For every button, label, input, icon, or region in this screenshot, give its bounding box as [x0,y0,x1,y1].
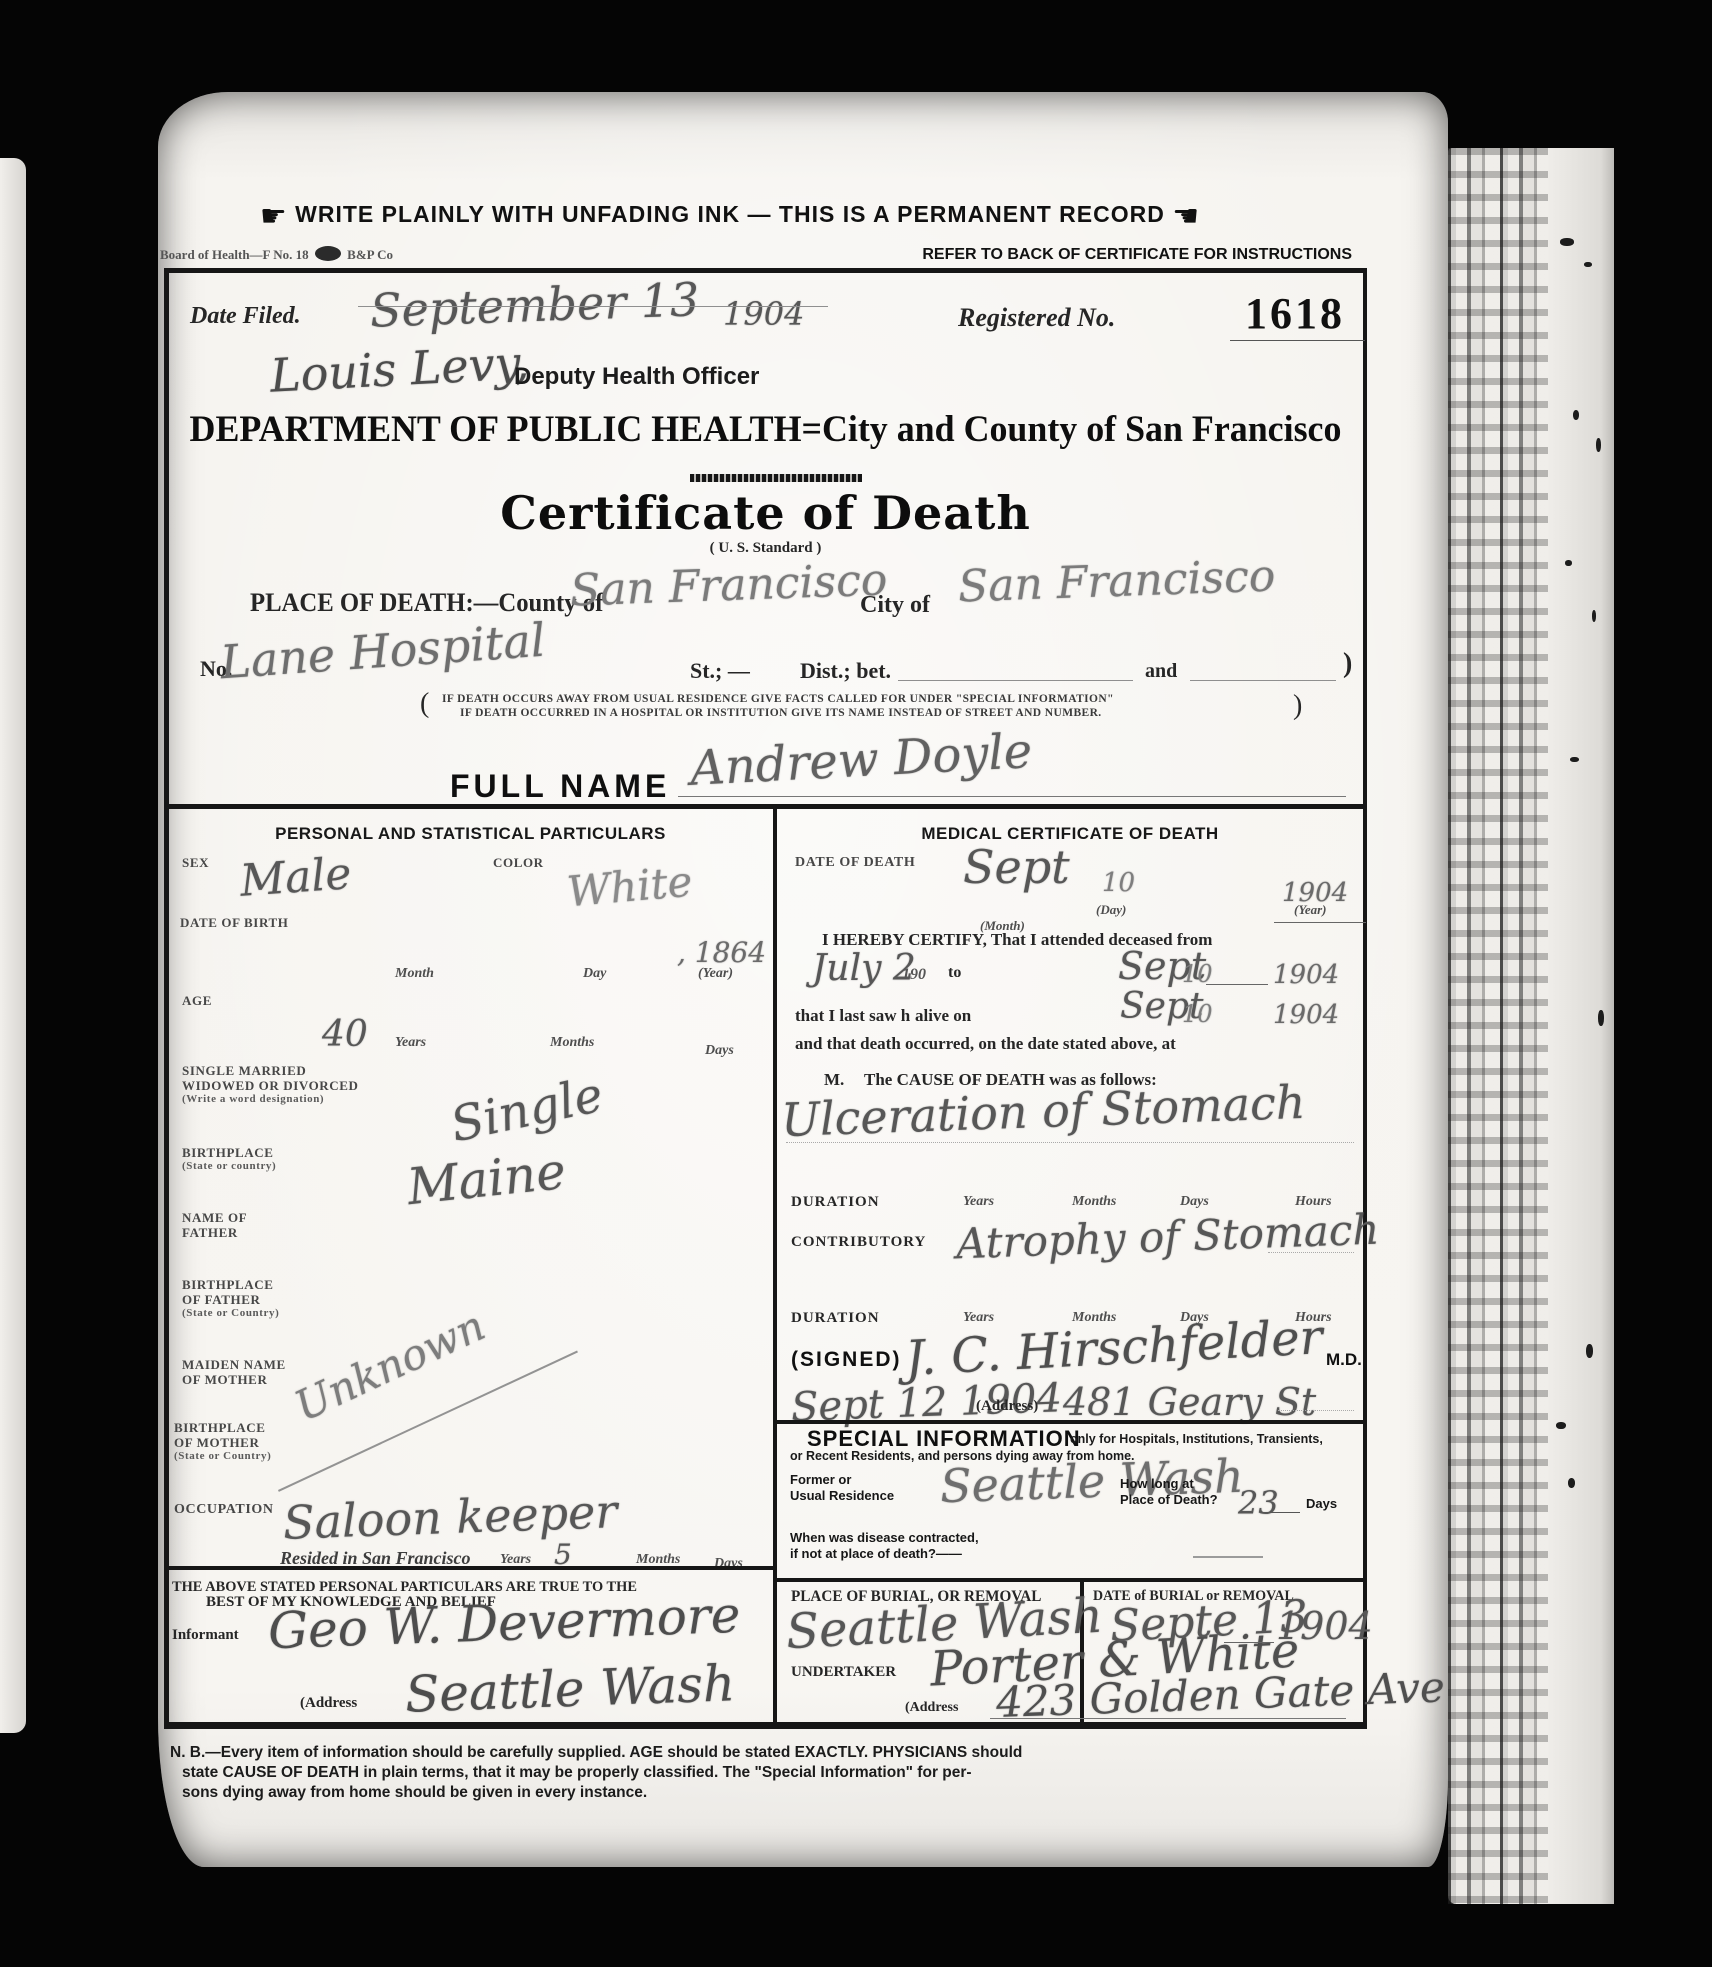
informant-address-label: (Address [300,1695,357,1712]
signed-address-label: (Address) [976,1398,1038,1415]
last-saw-post: alive on [915,1006,971,1026]
duration1-years: Years [963,1194,994,1210]
duration1-days: Days [1180,1194,1209,1210]
duration2-label: DURATION [791,1310,880,1327]
color-value: White [565,857,694,917]
father-bp-label-2: OF FATHER [182,1292,260,1308]
to-underline [1206,984,1268,985]
mother-name-label-1: MAIDEN NAME [182,1357,286,1373]
and-label: and [1145,660,1177,683]
father-bp-label-1: BIRTHPLACE [182,1277,274,1293]
father-bp-label-3: (State or Country) [182,1307,279,1319]
registered-number: 1618 [1245,288,1345,339]
attended-from-value: July 2 [812,948,916,989]
to-label: to [948,964,961,982]
howlong-days-label: Days [1306,1496,1337,1511]
certificate-page: ☛ WRITE PLAINLY WITH UNFADING INK — THIS… [158,92,1448,1867]
duration2-years: Years [963,1310,994,1326]
birthplace-value: Maine [404,1142,568,1216]
date-filed-label: Date Filed. [190,303,301,330]
officer-title: Deputy Health Officer [514,363,759,391]
footer-line-1: N. B.—Every item of information should b… [170,1744,1022,1762]
edge-speck [1586,1344,1593,1358]
last-saw-year: 1904 [1273,1000,1339,1030]
edge-speck [1560,238,1574,246]
edge-speck [1573,410,1579,420]
edge-speck [1568,1478,1575,1488]
column-divider [773,809,777,1722]
page-edge-streaks [1448,148,1548,1904]
form-number-row: Board of Health—F No. 18 B&P Co [160,246,393,263]
age-label: AGE [182,993,212,1009]
edge-speck [1592,610,1596,622]
full-name-underline [678,796,1346,797]
printer-mark: B&P Co [347,247,393,262]
mother-name-label-2: OF MOTHER [182,1372,267,1388]
contributory-label: CONTRIBUTORY [791,1234,926,1251]
box-right-border [1363,268,1367,1726]
contributory-underline [1268,1252,1354,1253]
dob-day-label: Day [583,966,606,982]
birthplace-label-2: (State or country) [182,1160,276,1172]
city-of-label: City of [860,592,930,619]
date-filed-year: 1904 [723,295,804,333]
birthplace-label-1: BIRTHPLACE [182,1145,274,1161]
mother-bp-label-1: BIRTHPLACE [174,1420,266,1436]
undertaker-label: UNDERTAKER [791,1664,896,1681]
headline-warning: WRITE PLAINLY WITH UNFADING INK — THIS I… [295,201,1165,227]
board-seal-icon [315,246,341,261]
sex-label: SEX [182,855,209,871]
marital-label-1: SINGLE MARRIED [182,1063,306,1079]
howlong-value: 23 [1238,1484,1279,1522]
registered-label: Registered No. [958,303,1115,333]
signed-label: (SIGNED) [791,1348,902,1372]
special-info-rule [777,1420,1363,1424]
registered-underline [1230,340,1365,341]
former-label-2: Usual Residence [790,1488,894,1503]
pointing-hand-left-icon: ☚ [1172,199,1200,234]
age-days-label: Days [705,1043,734,1059]
department-title: DEPARTMENT OF PUBLIC HEALTH=City and Cou… [186,408,1345,451]
dod-day-label: (Day) [1096,902,1126,918]
dod-year-underline [1274,922,1366,923]
special-info-sub1: only for Hospitals, Institutions, Transi… [1070,1432,1323,1446]
contributory-value: Atrophy of Stomach [955,1205,1380,1269]
box-bottom-border [164,1722,1367,1729]
line-close-paren: ) [1343,648,1352,680]
howlong-underline [1262,1512,1300,1513]
paren-line1: IF DEATH OCCURS AWAY FROM USUAL RESIDENC… [442,693,1114,705]
cause-value: Ulceration of Stomach [780,1075,1306,1147]
paren-open: ( [420,688,429,720]
opposite-page-edge [0,158,26,1733]
ornament-rule [690,474,862,482]
burial-date-year: 1904 [1276,1604,1373,1648]
occurred-line: and that death occurred, on the date sta… [795,1034,1176,1054]
edge-speck [1584,262,1592,267]
burial-date-underline [1224,1642,1274,1643]
full-name-label: FULL NAME [450,768,670,805]
howlong-label-1: How long at [1120,1476,1194,1491]
undertaker-address-underline [990,1718,1346,1719]
dob-year-value: , 1864 [677,936,766,969]
last-saw-day: 10 [1182,1000,1213,1028]
attended-from-year: 190 [902,966,926,984]
full-name-value: Andrew Doyle [689,723,1034,797]
age-years-label: Years [395,1035,426,1051]
footer-line-2: state CAUSE OF DEATH in plain terms, tha… [182,1764,972,1782]
form-number: Board of Health—F No. 18 [160,247,309,262]
last-saw-pre: that I last saw h [795,1006,910,1026]
burial-top-rule [777,1578,1363,1582]
marital-label-2: WIDOWED OR DIVORCED [182,1078,359,1094]
dob-year-label: (Year) [698,966,733,982]
city-value: San Francisco [957,550,1276,612]
m-label: M. [824,1070,844,1090]
contracted-label-2: if not at place of death?—— [790,1546,962,1561]
paren-line2: IF DEATH OCCURRED IN A HOSPITAL OR INSTI… [460,707,1102,719]
dod-year-label: (Year) [1294,902,1327,918]
refer-note: REFER TO BACK OF CERTIFICATE FOR INSTRUC… [760,246,1352,264]
dob-label: DATE OF BIRTH [180,915,288,931]
edge-speck [1565,560,1572,566]
edge-speck [1556,1422,1566,1429]
date-filed-underline [358,306,828,307]
color-label: COLOR [493,855,544,871]
attended-to-year: 1904 [1273,960,1339,990]
occupation-label: OCCUPATION [174,1502,274,1518]
former-label-1: Former or [790,1472,851,1487]
and-blank [1190,680,1336,681]
howlong-label-2: Place of Death? [1120,1492,1218,1507]
box-top-rule [164,268,1367,273]
marital-value: Single [446,1067,608,1154]
dob-month-label: Month [395,966,434,982]
dod-month-value: Sept [963,840,1070,894]
book-page-edges [1448,148,1614,1904]
dod-day-value: 10 [1102,868,1135,898]
officer-signature: Louis Levy, [269,335,531,402]
right-column-header: MEDICAL CERTIFICATE OF DEATH [777,824,1363,844]
marital-label-3: (Write a word designation) [182,1093,324,1105]
headline-row: ☛ WRITE PLAINLY WITH UNFADING INK — THIS… [215,199,1245,234]
footer-line-3: sons dying away from home should be give… [182,1784,647,1802]
county-value: San Francisco [569,554,888,616]
father-name-label-2: FATHER [182,1225,238,1241]
edge-speck [1596,438,1601,452]
informant-address-value: Seattle Wash [404,1654,736,1723]
duration1-months: Months [1072,1194,1116,1210]
sex-value: Male [238,848,353,907]
edge-speck [1598,1010,1604,1026]
dod-label: DATE OF DEATH [795,855,915,871]
cause-underline [786,1142,1354,1143]
fullname-rule [168,804,1363,809]
left-column-header: PERSONAL AND STATISTICAL PARTICULARS [168,824,773,844]
left-statement-rule [168,1566,773,1570]
paren-close: ) [1293,690,1302,722]
age-value: 40 [322,1014,368,1055]
contracted-label-1: When was disease contracted, [790,1530,979,1545]
contracted-blank [1193,1556,1263,1558]
st-label: St.; — [690,658,750,684]
place-of-death-label: PLACE OF DEATH:—County of [250,588,603,618]
pointing-hand-right-icon: ☛ [260,199,288,234]
page-edge-smooth [1548,148,1614,1904]
edge-speck [1570,757,1579,762]
institution-value: Lane Hospital [219,613,548,690]
duration1-label: DURATION [791,1194,880,1211]
mother-value: Unknown [287,1301,492,1431]
father-name-label-1: NAME OF [182,1210,247,1226]
certificate-title: Certificate of Death [168,486,1363,540]
dist-blank [898,680,1133,681]
dist-label: Dist.; bet. [800,658,891,684]
signed-address-underline [1278,1410,1354,1411]
informant-label: Informant [172,1627,239,1644]
mother-bp-label-2: OF MOTHER [174,1435,259,1451]
md-label: M.D. [1326,1350,1362,1370]
undertaker-address-label: (Address [905,1700,958,1716]
date-filed-value: September 13 [369,272,700,337]
age-months-label: Months [550,1035,594,1051]
signed-address-value: 481 Geary St [1063,1380,1316,1424]
mother-bp-label-3: (State or Country) [174,1450,271,1462]
